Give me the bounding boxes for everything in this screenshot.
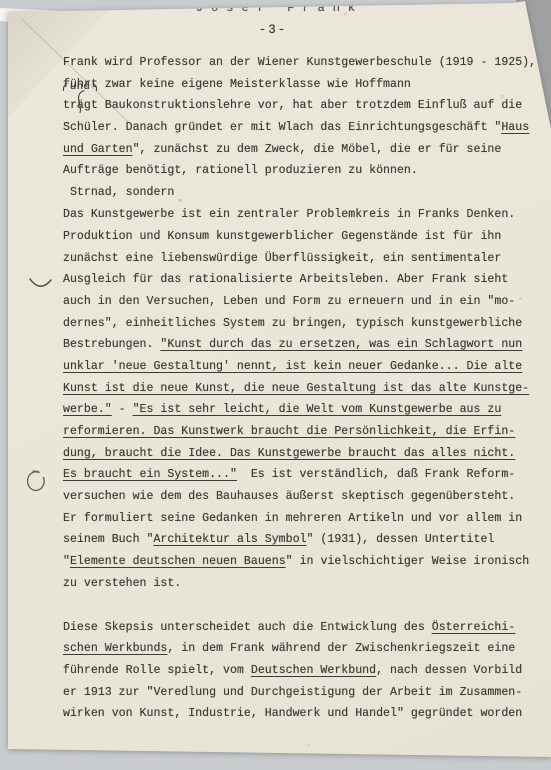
text-line: Produktion und Konsum kunstgewerblicher … xyxy=(63,226,545,248)
text-line: versuchen wie dem des Bauhauses äußerst … xyxy=(63,486,545,508)
text-line: Aufträge benötigt, rationell produzieren… xyxy=(63,160,545,182)
text-line: dernes", einheitliches System zu bringen… xyxy=(63,313,545,335)
page-header-cutoff: Josef Frank xyxy=(8,5,551,18)
underlined-text: Architektur als Symbol xyxy=(153,533,306,546)
underlined-text: Haus xyxy=(501,121,529,134)
underlined-text: Es braucht ein System..." xyxy=(63,468,237,481)
text-line: führt zwar keine eigene Meisterklasse wi… xyxy=(63,74,545,96)
text-segment: , in dem Frank während der Zwischenkrieg… xyxy=(167,642,515,655)
text-line: zunächst eine liebenswürdige Überflüssig… xyxy=(63,248,545,270)
page-number: -3- xyxy=(8,23,538,37)
text-segment: Ausgleich für das rationalisierte Arbeit… xyxy=(63,273,508,286)
underlined-text: Kunst ist die neue Kunst, die neue Gesta… xyxy=(63,382,529,395)
text-segment: trägt Baukonstruktionslehre vor, hat abe… xyxy=(63,99,522,112)
underlined-text: werbe." xyxy=(63,403,112,416)
document-body: Frank wird Professor an der Wiener Kunst… xyxy=(63,52,545,747)
text-segment: Strnad, sondern xyxy=(63,186,174,199)
margin-mark-circle-icon xyxy=(24,468,50,496)
margin-mark-curve-icon xyxy=(28,276,54,292)
text-segment: Das Kunstgewerbe ist ein zentraler Probl… xyxy=(63,208,515,221)
text-segment: Bestrebungen. xyxy=(63,338,160,351)
text-segment: seinem Buch " xyxy=(63,533,153,546)
text-segment: " (1931), dessen Untertitel xyxy=(307,533,495,546)
insertion-tick-left-icon xyxy=(61,82,69,92)
text-line: "Elemente deutschen neuen Bauens" in vie… xyxy=(63,551,545,573)
underlined-text: unklar 'neue Gestaltung' nennt, ist kein… xyxy=(63,360,522,373)
text-line: trägt Baukonstruktionslehre vor, hat abe… xyxy=(63,95,545,117)
text-line: werbe." - "Es ist sehr leicht, die Welt … xyxy=(63,399,545,421)
text-segment: Produktion und Konsum kunstgewerblicher … xyxy=(63,230,501,243)
text-line: Schüler. Danach gründet er mit Wlach das… xyxy=(63,117,545,139)
text-line: Kunst ist die neue Kunst, die neue Gesta… xyxy=(63,378,545,400)
underlined-text: Deutschen Werkbund xyxy=(251,664,376,677)
insertion-annotation: und xyxy=(77,95,82,107)
insertion-word: und xyxy=(70,82,90,92)
text-line: Ausgleich für das rationalisierte Arbeit… xyxy=(63,269,545,291)
text-segment: zunächst eine liebenswürdige Überflüssig… xyxy=(63,252,501,265)
text-line: unklar 'neue Gestaltung' nennt, ist kein… xyxy=(63,356,545,378)
text-segment: zu verstehen ist. xyxy=(63,577,181,590)
text-line: Das Kunstgewerbe ist ein zentraler Probl… xyxy=(63,204,545,226)
text-segment: Frank wird Professor an der Wiener Kunst… xyxy=(63,56,536,69)
text-segment: Er formuliert seine Gedanken in mehreren… xyxy=(63,512,522,525)
insertion-tick-right-icon xyxy=(91,82,99,92)
text-line: Frank wird Professor an der Wiener Kunst… xyxy=(63,52,545,74)
insertion-word-wrap: und xyxy=(61,82,99,92)
text-segment: Schüler. Danach gründet er mit Wlach das… xyxy=(63,121,501,134)
text-line: seinem Buch "Architektur als Symbol" (19… xyxy=(63,529,545,551)
text-segment: " in vielschichtiger Weise ironisch xyxy=(286,555,530,568)
text-segment: Es ist verständlich, daß Frank Reform- xyxy=(237,468,515,481)
text-segment: Aufträge benötigt, rationell produzieren… xyxy=(63,164,418,177)
text-segment: , nach dessen Vorbild xyxy=(376,664,522,677)
text-line: Diese Skepsis unterscheidet auch die Ent… xyxy=(63,617,545,639)
text-line: auch in den Versuchen, Leben und Form zu… xyxy=(63,291,545,313)
text-line: er 1913 zur "Veredlung und Durchgeistigu… xyxy=(63,682,545,704)
paper-specks xyxy=(8,0,9,1)
text-line: Bestrebungen. "Kunst durch das zu ersetz… xyxy=(63,334,545,356)
text-segment: er 1913 zur "Veredlung und Durchgeistigu… xyxy=(63,686,522,699)
underlined-text: "Es ist sehr leicht, die Welt vom Kunstg… xyxy=(133,403,502,416)
text-line: führende Rolle spielt, vom Deutschen Wer… xyxy=(63,660,545,682)
page-header-text: Josef Frank xyxy=(196,5,363,15)
text-segment: führt zwar keine eigene Meisterklasse wi… xyxy=(63,78,411,91)
text-segment: wirken von Kunst, Industrie, Handwerk un… xyxy=(63,707,522,720)
text-line: Es braucht ein System..." Es ist verstän… xyxy=(63,464,545,486)
text-line: reformieren. Das Kunstwerk braucht die P… xyxy=(63,421,545,443)
underlined-text: "Kunst durch das zu ersetzen, was ein Sc… xyxy=(160,338,522,351)
text-segment: versuchen wie dem des Bauhauses äußerst … xyxy=(63,490,515,503)
text-line: Er formuliert seine Gedanken in mehreren… xyxy=(63,508,545,530)
text-segment: dernes", einheitliches System zu bringen… xyxy=(63,317,522,330)
paper-wrap: Josef Frank -3- Frank wird Professor an … xyxy=(0,0,551,770)
text-line: und Garten", zunächst zu dem Zweck, die … xyxy=(63,139,545,161)
text-line: wirken von Kunst, Industrie, Handwerk un… xyxy=(63,703,545,725)
text-segment: führende Rolle spielt, vom xyxy=(63,664,251,677)
paragraph: Frank wird Professor an der Wiener Kunst… xyxy=(63,52,545,182)
text-line: zu verstehen ist. xyxy=(63,573,545,595)
document-page: Josef Frank -3- Frank wird Professor an … xyxy=(8,0,551,770)
text-segment: " xyxy=(63,555,70,568)
underlined-text: Österreichi- xyxy=(432,621,516,634)
text-segment: Diese Skepsis unterscheidet auch die Ent… xyxy=(63,621,432,634)
scanned-document-view: Josef Frank -3- Frank wird Professor an … xyxy=(0,0,551,770)
paragraph: Diese Skepsis unterscheidet auch die Ent… xyxy=(63,617,545,725)
underlined-text: schen Werkbunds xyxy=(63,642,167,655)
underlined-text: reformieren. Das Kunstwerk braucht die P… xyxy=(63,425,515,438)
text-segment: - xyxy=(112,403,133,416)
underlined-text: Elemente deutschen neuen Bauens xyxy=(70,555,286,568)
text-segment: auch in den Versuchen, Leben und Form zu… xyxy=(63,295,515,308)
underlined-text: dung, braucht die Idee. Das Kunstgewerbe… xyxy=(63,447,515,460)
paragraph: Das Kunstgewerbe ist ein zentraler Probl… xyxy=(63,204,545,594)
text-line: schen Werkbunds, in dem Frank während de… xyxy=(63,638,545,660)
text-segment: ", zunächst zu dem Zweck, die Möbel, die… xyxy=(133,143,502,156)
text-line: dung, braucht die Idee. Das Kunstgewerbe… xyxy=(63,443,545,465)
